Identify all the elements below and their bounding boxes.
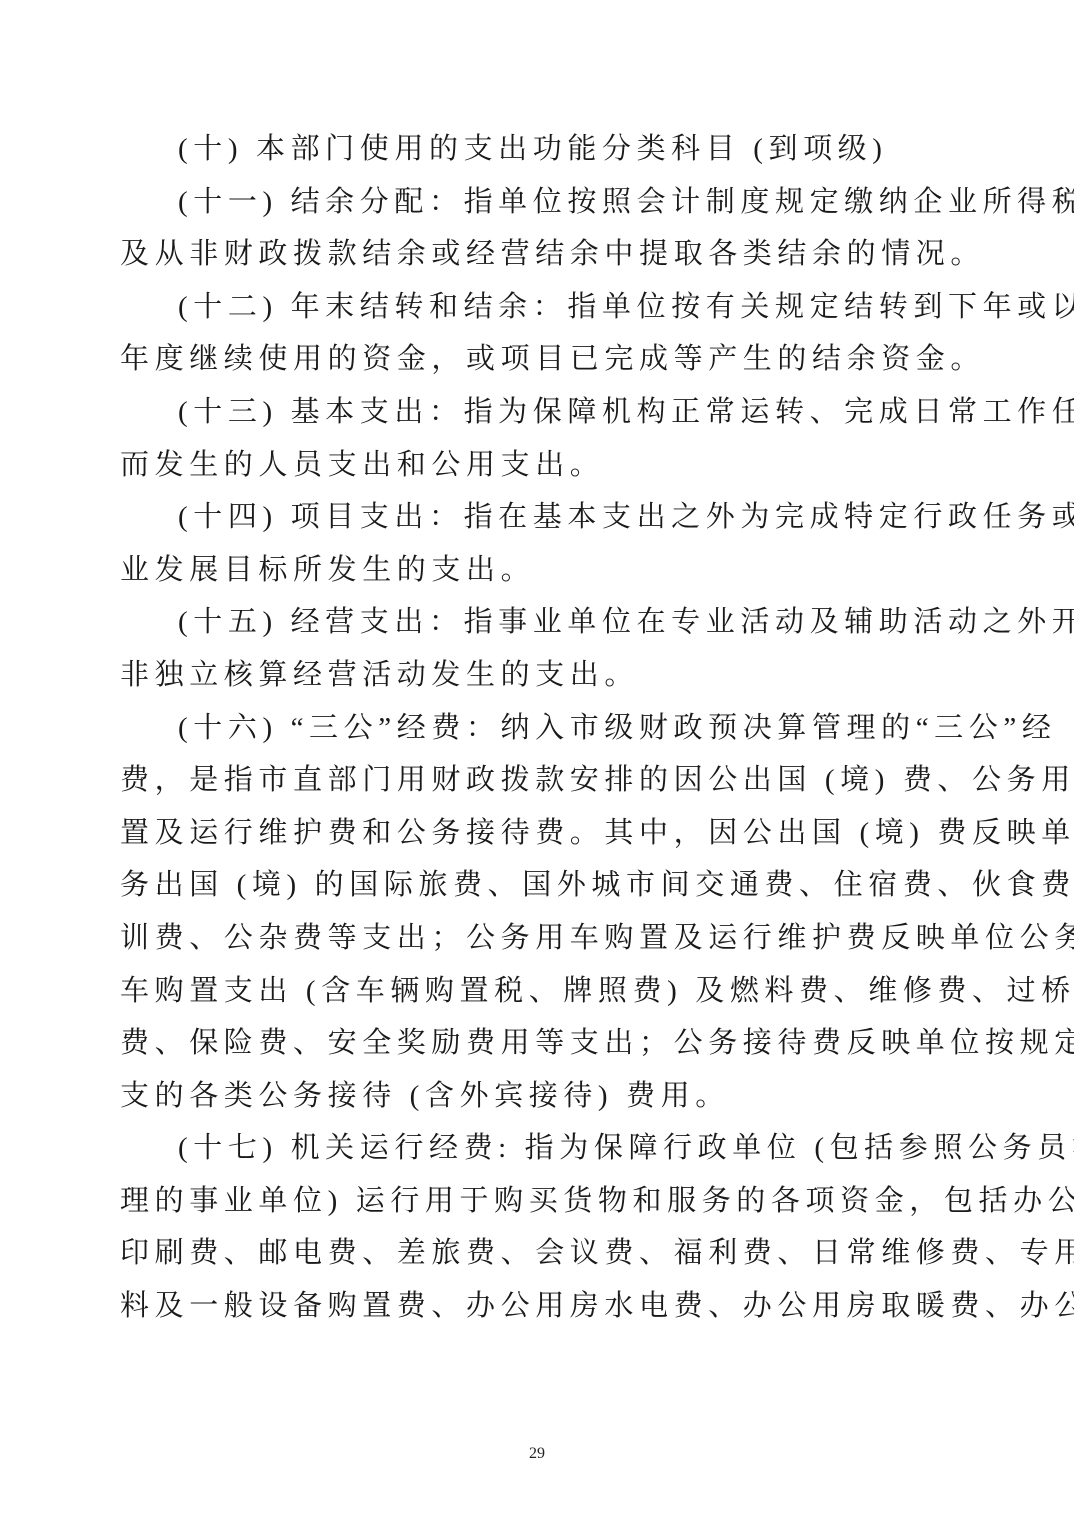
document-page: (十) 本部门使用的支出功能分类科目 (到项级) (十一) 结余分配：指单位按照…: [0, 0, 1074, 1520]
text-line: 车购置支出 (含车辆购置税、牌照费) 及燃料费、维修费、过桥过路: [120, 969, 960, 1022]
text-line: 而发生的人员支出和公用支出。: [120, 443, 960, 496]
text-line: 训费、公杂费等支出；公务用车购置及运行维护费反映单位公务用: [120, 916, 960, 969]
page-number: 29: [0, 1444, 1074, 1464]
text-line-section-15: (十五) 经营支出：指事业单位在专业活动及辅助活动之外开展: [120, 600, 960, 653]
text-line: 费，是指市直部门用财政拨款安排的因公出国 (境) 费、公务用车购: [120, 758, 960, 811]
text-line-section-10-heading: (十) 本部门使用的支出功能分类科目 (到项级): [120, 127, 960, 180]
text-line: 置及运行维护费和公务接待费。其中，因公出国 (境) 费反映单位公: [120, 811, 960, 864]
text-line-section-14: (十四) 项目支出：指在基本支出之外为完成特定行政任务或事: [120, 495, 960, 548]
text-line: 支的各类公务接待 (含外宾接待) 费用。: [120, 1074, 960, 1127]
text-line-section-13: (十三) 基本支出：指为保障机构正常运转、完成日常工作任务: [120, 390, 960, 443]
text-line: 理的事业单位) 运行用于购买货物和服务的各项资金，包括办公费、: [120, 1179, 960, 1232]
text-line-section-11: (十一) 结余分配：指单位按照会计制度规定缴纳企业所得税以: [120, 180, 960, 233]
text-line-section-17: (十七) 机关运行经费: 指为保障行政单位 (包括参照公务员法管: [120, 1126, 960, 1179]
text-line-section-12: (十二) 年末结转和结余：指单位按有关规定结转到下年或以后: [120, 285, 960, 338]
text-line: 年度继续使用的资金，或项目已完成等产生的结余资金。: [120, 337, 960, 390]
text-line: 务出国 (境) 的国际旅费、国外城市间交通费、住宿费、伙食费、培: [120, 863, 960, 916]
text-line: 非独立核算经营活动发生的支出。: [120, 653, 960, 706]
text-line-section-16: (十六) “三公”经费：纳入市级财政预决算管理的“三公”经: [120, 706, 960, 759]
text-line: 料及一般设备购置费、办公用房水电费、办公用房取暖费、办公用: [120, 1284, 960, 1337]
text-line: 费、保险费、安全奖励费用等支出；公务接待费反映单位按规定开: [120, 1021, 960, 1074]
text-line: 及从非财政拨款结余或经营结余中提取各类结余的情况。: [120, 232, 960, 285]
text-line: 印刷费、邮电费、差旅费、会议费、福利费、日常维修费、专用材: [120, 1231, 960, 1284]
text-line: 业发展目标所发生的支出。: [120, 548, 960, 601]
body-text: (十) 本部门使用的支出功能分类科目 (到项级) (十一) 结余分配：指单位按照…: [120, 127, 960, 1337]
